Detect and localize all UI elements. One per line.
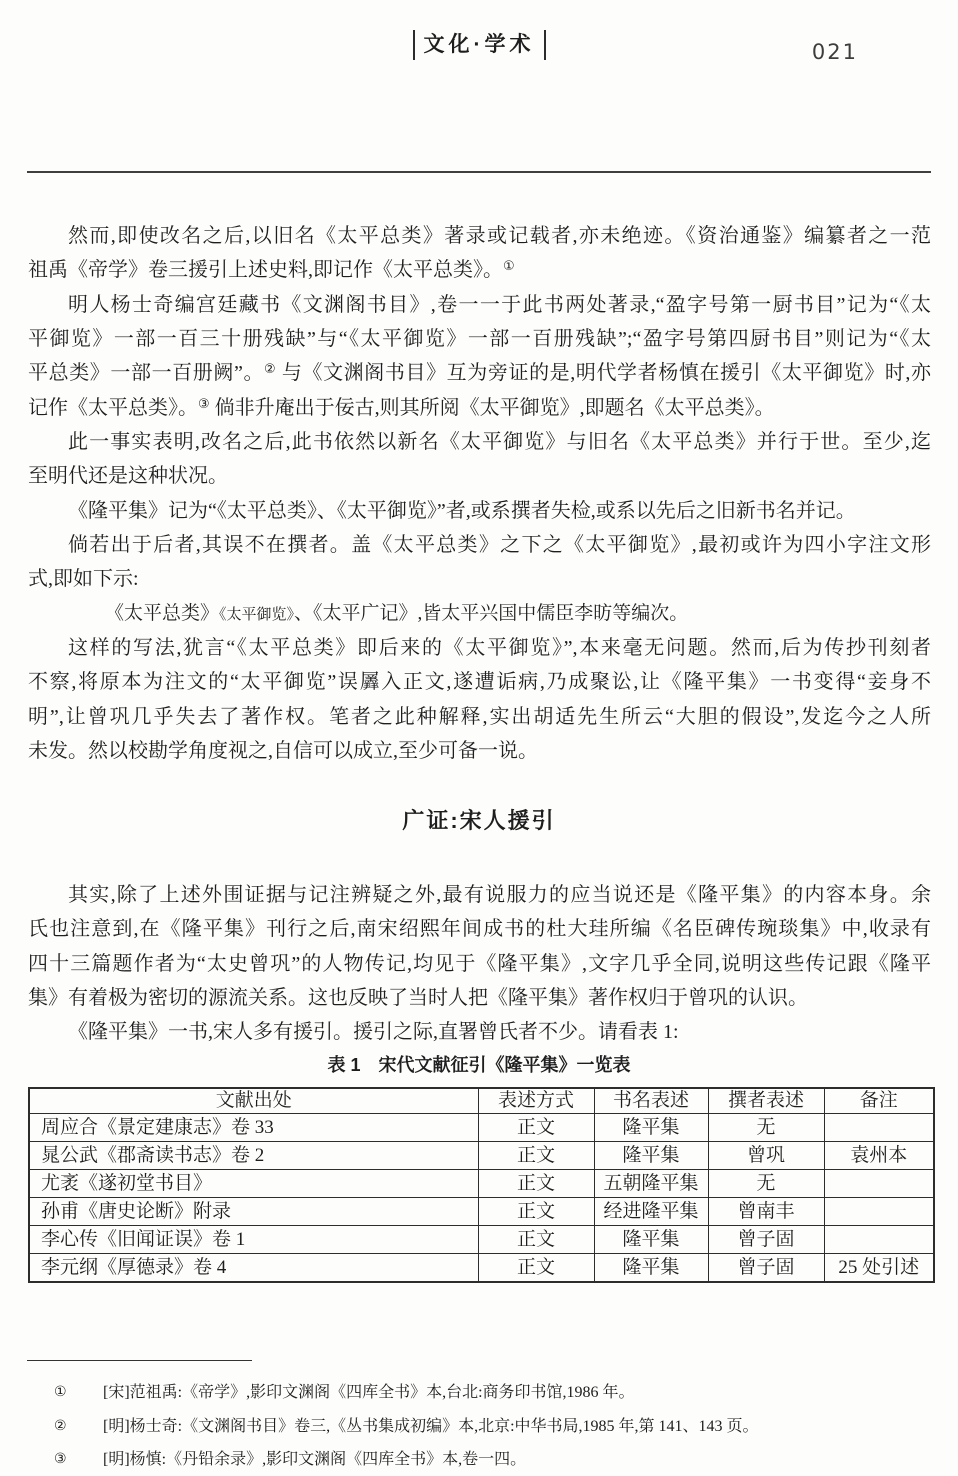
table-row: 周应合《景定建康志》卷 33 正文 隆平集 无 [29,1114,934,1142]
line-text: 《隆平集》一书,宋人多有援引。援引之际,直署曾氏者不少。请看表 1: [68,1021,679,1043]
table-cell: 晁公武《郡斋读书志》卷 2 [29,1142,478,1170]
text-line: 平御览》一部一百三十册残缺”与“《太平御览》一部一百册残缺”;“盈字号第四厨书目… [28,322,931,356]
line-text: 这样的写法,犹言“《太平总类》即后来的《太平御览》”,本来毫无问题。然而,后为传… [68,637,931,659]
footnote-text: [明]杨士奇:《文渊阁书目》卷三,《丛书集成初编》本,北京:中华书局,1985 … [103,1410,931,1444]
table-cell: 曾巩 [708,1142,824,1170]
footnote-ref: ② [264,362,276,377]
line-text: 倘若出于后者,其误不在撰者。盖《太平总类》之下之《太平御览》,最初或许为四小字注… [68,534,931,556]
line-text: 平总类》一部一百册阙”。 [28,362,264,384]
text-line: 式,即如下示: [28,562,931,596]
table-header-cell: 撰者表述 [708,1088,824,1114]
body-text-block-2: 其实,除了上述外围证据与记注辨疑之外,最有说服力的应当说还是《隆平集》的内容本身… [28,878,931,1050]
line-text: 明”,让曾巩几乎失去了著作权。笔者之此种解释,实出胡适先生所云“大胆的假设”,发… [28,706,931,728]
line-text: 氏也注意到,在《隆平集》刊行之后,南宋绍熙年间成书的杜大珪所编《名臣碑传琬琰集》… [28,918,931,940]
line-text: 其实,除了上述外围证据与记注辨疑之外,最有说服力的应当说还是《隆平集》的内容本身… [68,884,931,906]
table-cell: 正文 [478,1226,594,1254]
table-cell: 隆平集 [594,1114,708,1142]
text-line: 氏也注意到,在《隆平集》刊行之后,南宋绍熙年间成书的杜大珪所编《名臣碑传琬琰集》… [28,912,931,946]
table-caption-title: 宋代文献征引《隆平集》一览表 [379,1055,631,1075]
line-text: 明人杨士奇编宫廷藏书《文渊阁书目》,卷一一于此书两处著录,“盈字号第一厨书目”记… [68,294,931,316]
inline-quote-line: 《太平总类》《太平御览》、《太平广记》,皆太平兴国中儒臣李昉等编次。 [28,597,931,631]
quote-text: 、《太平广记》,皆太平兴国中儒臣李昉等编次。 [294,603,688,624]
table-header-row: 文献出处 表述方式 书名表述 撰者表述 备注 [29,1088,934,1114]
line-text: 祖禹《帝学》卷三援引上述史料,即记作《太平总类》。 [28,259,503,281]
table-cell: 李元纲《厚德录》卷 4 [29,1254,478,1283]
text-line: 此一事实表明,改名之后,此书依然以新名《太平御览》与旧名《太平总类》并行于世。至… [28,425,931,459]
line-text: 与《文渊阁书目》互为旁证的是,明代学者杨慎在援引《太平御览》时,亦 [276,362,931,384]
section-heading: 广证:宋人援引 [0,804,958,835]
table-row: 孙甫《唐史论断》附录 正文 经进隆平集 曾南丰 [29,1198,934,1226]
footnote-ref: ① [503,259,515,274]
table-cell: 李心传《旧闻证误》卷 1 [29,1226,478,1254]
book-page: 文化·学术 021 然而,即使改名之后,以旧名《太平总类》著录或记载者,亦未绝迹… [0,0,958,1476]
table-header-cell: 文献出处 [29,1088,478,1114]
page-number: 021 [812,40,858,64]
text-line: 《隆平集》一书,宋人多有援引。援引之际,直署曾氏者不少。请看表 1: [28,1015,931,1049]
table-cell: 正文 [478,1114,594,1142]
line-text: 集》有着极为密切的源流关系。这也反映了当时人把《隆平集》著作权归于曾巩的认识。 [28,987,808,1009]
line-text: 记作《太平总类》。 [28,397,198,419]
text-line: 集》有着极为密切的源流关系。这也反映了当时人把《隆平集》著作权归于曾巩的认识。 [28,981,931,1015]
table-cell: 无 [708,1114,824,1142]
text-line: 明人杨士奇编宫廷藏书《文渊阁书目》,卷一一于此书两处著录,“盈字号第一厨书目”记… [28,288,931,322]
citation-table: 文献出处 表述方式 书名表述 撰者表述 备注 周应合《景定建康志》卷 33 正文… [28,1087,935,1283]
table-cell: 曾子固 [708,1254,824,1283]
footnote-separator [27,1360,252,1361]
table-header-cell: 书名表述 [594,1088,708,1114]
text-line: 《隆平集》记为“《太平总类》、《太平御览》”者,或系撰者失检,或系以先后之旧新书… [28,494,931,528]
table-cell: 袁州本 [824,1142,934,1170]
table-cell: 隆平集 [594,1254,708,1283]
text-line: 然而,即使改名之后,以旧名《太平总类》著录或记载者,亦未绝迹。《资治通鉴》编纂者… [28,219,931,253]
table-cell [824,1198,934,1226]
body-text-block-1: 然而,即使改名之后,以旧名《太平总类》著录或记载者,亦未绝迹。《资治通鉴》编纂者… [28,219,931,768]
text-line: 倘若出于后者,其误不在撰者。盖《太平总类》之下之《太平御览》,最初或许为四小字注… [28,528,931,562]
line-text: 然而,即使改名之后,以旧名《太平总类》著录或记载者,亦未绝迹。《资治通鉴》编纂者… [68,225,931,247]
table-cell: 经进隆平集 [594,1198,708,1226]
table-cell: 正文 [478,1254,594,1283]
text-line: 不察,将原本为注文的“太平御览”误羼入正文,遂遭诟病,乃成聚讼,让《隆平集》一书… [28,665,931,699]
line-text: 《隆平集》记为“《太平总类》、《太平御览》”者,或系撰者失检,或系以先后之旧新书… [68,500,856,522]
table-caption-label: 表 1 [327,1055,360,1075]
text-line: 未发。然以校勘学角度视之,自信可以成立,至少可备一说。 [28,734,931,768]
small-annotation-text: 《太平御览》 [219,607,294,623]
text-line: 四十三篇题作者为“太史曾巩”的人物传记,均见于《隆平集》,文字几乎全同,说明这些… [28,947,931,981]
text-line: 其实,除了上述外围证据与记注辨疑之外,最有说服力的应当说还是《隆平集》的内容本身… [28,878,931,912]
line-text: 四十三篇题作者为“太史曾巩”的人物传记,均见于《隆平集》,文字几乎全同,说明这些… [28,953,931,975]
table-cell: 正文 [478,1170,594,1198]
table-cell: 曾南丰 [708,1198,824,1226]
table-cell [824,1114,934,1142]
table-row: 李心传《旧闻证误》卷 1 正文 隆平集 曾子固 [29,1226,934,1254]
header-rule [27,171,931,173]
text-line: 平总类》一部一百册阙”。② 与《文渊阁书目》互为旁证的是,明代学者杨慎在援引《太… [28,356,931,390]
footnote-marker: ③ [28,1443,103,1476]
table-cell [824,1170,934,1198]
table-cell: 正文 [478,1142,594,1170]
footnotes: ① [宋]范祖禹:《帝学》,影印文渊阁《四库全书》本,台北:商务印书馆,1986… [28,1376,931,1476]
section-label: 文化·学术 [413,30,546,60]
table-row: 晁公武《郡斋读书志》卷 2 正文 隆平集 曾巩 袁州本 [29,1142,934,1170]
table-cell: 25 处引述 [824,1254,934,1283]
footnote: ③ [明]杨慎:《丹铅余录》,影印文渊阁《四库全书》本,卷一四。 [28,1443,931,1476]
footnote-text: [明]杨慎:《丹铅余录》,影印文渊阁《四库全书》本,卷一四。 [103,1443,931,1476]
table-header-cell: 表述方式 [478,1088,594,1114]
text-line: 记作《太平总类》。③ 倘非升庵出于佞古,则其所阅《太平御览》,即题名《太平总类》… [28,391,931,425]
table-cell: 尤袤《遂初堂书目》 [29,1170,478,1198]
footnote-ref: ③ [198,397,210,412]
footnote: ① [宋]范祖禹:《帝学》,影印文渊阁《四库全书》本,台北:商务印书馆,1986… [28,1376,931,1410]
table-cell: 无 [708,1170,824,1198]
line-text: 未发。然以校勘学角度视之,自信可以成立,至少可备一说。 [28,740,538,762]
line-text: 此一事实表明,改名之后,此书依然以新名《太平御览》与旧名《太平总类》并行于世。至… [68,431,931,453]
table-caption: 表 1宋代文献征引《隆平集》一览表 [0,1051,958,1077]
table-row: 李元纲《厚德录》卷 4 正文 隆平集 曾子固 25 处引述 [29,1254,934,1283]
text-line: 这样的写法,犹言“《太平总类》即后来的《太平御览》”,本来毫无问题。然而,后为传… [28,631,931,665]
footnote-marker: ② [28,1410,103,1444]
table-cell: 正文 [478,1198,594,1226]
line-text: 至明代还是这种状况。 [28,465,228,487]
table-cell: 周应合《景定建康志》卷 33 [29,1114,478,1142]
text-line: 至明代还是这种状况。 [28,459,931,493]
table-cell [824,1226,934,1254]
line-text: 平御览》一部一百三十册残缺”与“《太平御览》一部一百册残缺”;“盈字号第四厨书目… [28,328,931,350]
table-cell: 曾子固 [708,1226,824,1254]
footnote-text: [宋]范祖禹:《帝学》,影印文渊阁《四库全书》本,台北:商务印书馆,1986 年… [103,1376,931,1410]
table-header-cell: 备注 [824,1088,934,1114]
table-cell: 孙甫《唐史论断》附录 [29,1198,478,1226]
footnote: ② [明]杨士奇:《文渊阁书目》卷三,《丛书集成初编》本,北京:中华书局,198… [28,1410,931,1444]
line-text: 式,即如下示: [28,568,139,590]
line-text: 倘非升庵出于佞古,则其所阅《太平御览》,即题名《太平总类》。 [210,397,775,419]
text-line: 明”,让曾巩几乎失去了著作权。笔者之此种解释,实出胡适先生所云“大胆的假设”,发… [28,700,931,734]
table-cell: 隆平集 [594,1142,708,1170]
footnote-marker: ① [28,1376,103,1410]
text-line: 祖禹《帝学》卷三援引上述史料,即记作《太平总类》。① [28,253,931,287]
table-cell: 隆平集 [594,1226,708,1254]
table-cell: 五朝隆平集 [594,1170,708,1198]
line-text: 不察,将原本为注文的“太平御览”误羼入正文,遂遭诟病,乃成聚讼,让《隆平集》一书… [28,671,931,693]
table-row: 尤袤《遂初堂书目》 正文 五朝隆平集 无 [29,1170,934,1198]
quote-text: 《太平总类》 [105,603,219,624]
